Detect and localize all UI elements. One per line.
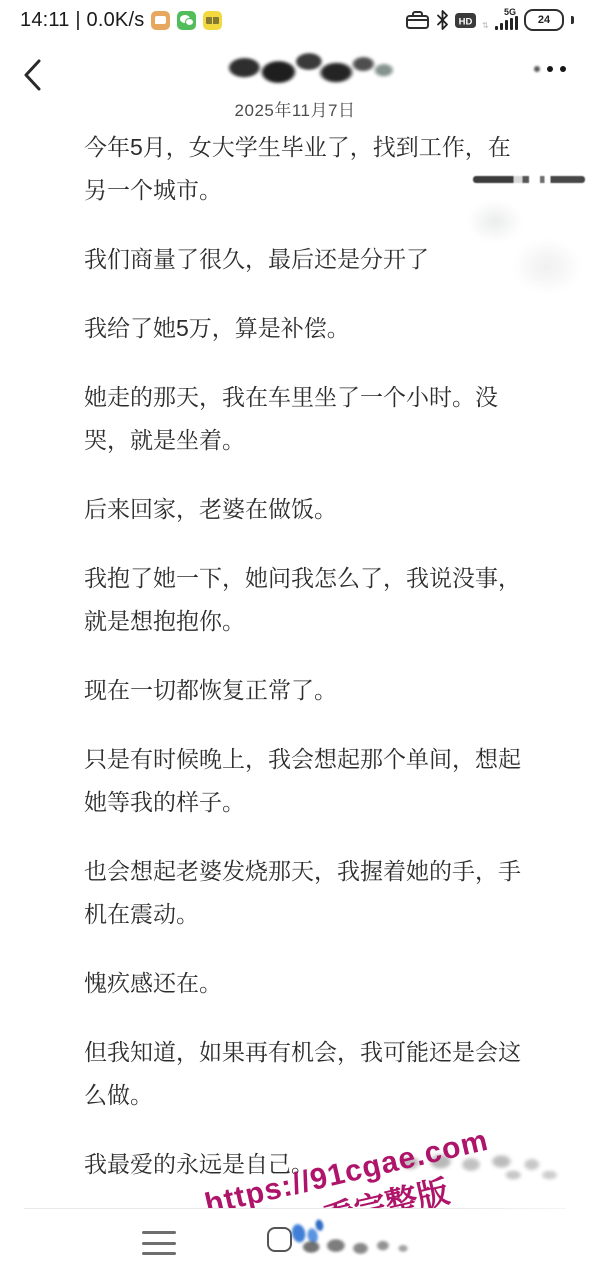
separator-text: |	[75, 9, 80, 31]
battery-nub	[571, 16, 574, 24]
erased-image-area	[456, 188, 586, 300]
status-right: HD 5G ⇅ 24	[405, 9, 574, 31]
paragraph: 我给了她5万，算是补偿。	[84, 307, 524, 350]
data-arrows-icon: ⇅	[482, 21, 489, 30]
erased-text-smudge	[500, 1166, 566, 1184]
dot-icon	[560, 66, 566, 72]
status-time: 14:11 | 0.0K/s	[20, 9, 144, 32]
battery-percent: 24	[538, 15, 550, 26]
menu-line	[142, 1252, 176, 1255]
paragraph: 但我知道，如果再有机会，我可能还是会这么做。	[84, 1031, 524, 1117]
redacted-title-scribble	[224, 43, 395, 96]
bottom-toolbar	[0, 1209, 590, 1280]
signal-bars	[495, 16, 518, 30]
redaction-smudge-line	[473, 176, 585, 183]
net-speed-text: 0.0K/s	[87, 9, 145, 31]
bluetooth-icon	[436, 9, 449, 31]
dot-icon	[547, 66, 553, 72]
battery-icon: 24	[524, 9, 564, 31]
menu-button[interactable]	[142, 1231, 176, 1255]
status-left: 14:11 | 0.0K/s	[20, 9, 222, 32]
clock-text: 14:11	[20, 9, 70, 31]
svg-text:HD: HD	[459, 16, 473, 27]
paragraph: 后来回家，老婆在做饭。	[84, 488, 524, 531]
status-bar: 14:11 | 0.0K/s HD 5G ⇅	[0, 0, 590, 48]
paragraph: 她走的那天，我在车里坐了一个小时。没哭，就是坐着。	[84, 376, 524, 462]
notification-app-icon-orange	[151, 11, 170, 30]
paragraph: 也会想起老婆发烧那天，我握着她的手，手机在震动。	[84, 850, 524, 936]
post-date: 2025年11月7日	[0, 96, 590, 121]
briefcase-icon	[405, 9, 430, 31]
menu-line	[142, 1242, 176, 1245]
hd-badge-icon: HD	[455, 13, 476, 28]
erased-label-scribble	[300, 1233, 412, 1261]
paragraph: 我抱了她一下，她问我怎么了，我说没事，就是想抱抱你。	[84, 557, 524, 643]
more-options-button[interactable]	[528, 60, 572, 78]
paragraph: 现在一切都恢复正常了。	[84, 669, 524, 712]
paragraph: 只是有时候晚上，我会想起那个单间，想起她等我的样子。	[84, 738, 524, 824]
phone-screen: 14:11 | 0.0K/s HD 5G ⇅	[0, 0, 590, 1280]
yellow-app-icon	[203, 11, 222, 30]
back-button[interactable]	[14, 56, 50, 96]
paragraph: 愧疚感还在。	[84, 962, 524, 1005]
menu-line	[142, 1231, 176, 1234]
back-chevron-icon	[21, 57, 43, 93]
wechat-icon	[177, 11, 196, 30]
dot-icon	[534, 66, 540, 72]
page-header: 2025年11月7日	[0, 48, 590, 128]
signal-strength-icon: 5G ⇅	[482, 9, 518, 31]
